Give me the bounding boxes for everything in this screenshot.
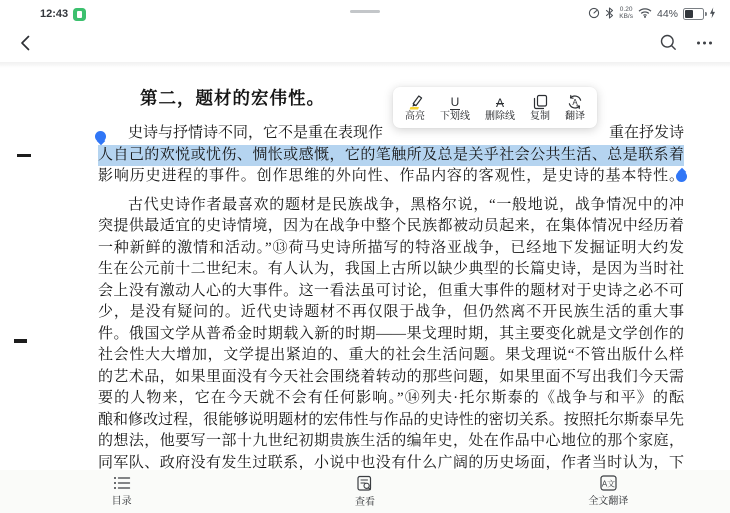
svg-text:A: A [572,98,578,107]
highlight-button[interactable]: 高亮 [402,92,428,124]
toc-button[interactable]: 目录 [0,475,243,507]
search-icon [658,32,679,56]
status-right: 0.20 KB/s 44% [588,7,716,22]
text-line: 社会性大大增加，文学提出紧迫的、重大的社会生活问题。果戈理说“不管出版什么样 [98,345,684,367]
clock: 12:43 [40,8,68,20]
data-saver-icon [588,7,600,22]
highlighted-selection-text[interactable]: 人自己的欢悦或忧伤、惆怅或感慨，它的笔触所及总是关乎社会公共生活、总是联系着 [98,145,684,167]
status-bar: 12:43 0.20 KB/s 44% [0,0,730,26]
floating-app-icon [73,8,86,21]
text-line: 酿和修改过程，很能够说明题材的宏伟性与作品的史诗性的密切关系。按照托尔斯泰早先 [98,410,684,432]
selection-start-handle[interactable] [95,131,106,142]
bottom-toolbar: 目录 查看 A文 全文翻译 [0,470,730,513]
battery-percent: 44% [657,8,678,20]
battery-icon [683,8,704,20]
text-line: 少，是没有疑问的。近代史诗题材不再仅限于战争，但仍然离不开民族生活的重大事 [98,302,684,324]
text-line: 会上没有激动人心的大事件。这一看法虽可讨论，但重大事件的题材对于史诗之必不可 [98,281,684,303]
document-page: 第二，题材的宏伟性。 史诗与抒情诗不同，它不是重在表现作 重在抒发诗 人自己的欢… [0,62,730,470]
back-button[interactable] [12,29,40,60]
view-button[interactable]: 查看 [243,475,486,508]
more-menu-button[interactable] [691,30,718,59]
text-line: 史诗与抒情诗不同，它不是重在表现作 重在抒发诗 [98,123,684,145]
translate-button[interactable]: A 翻译 [562,92,588,124]
app-bar-actions [654,28,718,60]
app-bar [0,26,730,62]
translate-book-icon: A文 [600,475,617,494]
bluetooth-icon [605,7,614,22]
network-speed-indicator: 0.20 KB/s [619,7,633,21]
wifi-icon [638,7,652,21]
copy-button[interactable]: 复制 [527,92,553,124]
text-line: 一种新鲜的激情和活动。”⑬荷马史诗所描写的特洛亚战争，已经地下发掘证明大约发 [98,238,684,260]
status-left: 12:43 [40,8,86,21]
text-line: 古代史诗作者最喜欢的题材是民族战争，黑格尔说，“一般地说，战争情况中的冲 [98,195,684,217]
underline-button[interactable]: U 下划线 [437,92,473,124]
margin-mark [17,154,31,157]
appbar-shadow [0,62,730,68]
full-translate-button[interactable]: A文 全文翻译 [487,475,730,507]
text-selection-toolbar: 高亮 U 下划线 A 删除线 复制 A 翻译 [393,87,597,128]
text-line: 影响历史进程的事件。创作思维的外向性、作品内容的客观性，是史诗的基本特性。 [98,166,684,188]
camera-notch-indicator [350,10,380,13]
text-line: 突提供最适宜的史诗情境，因为在战争中整个民族都被动员起来，在集体情况中经历着 [98,216,684,238]
underline-icon: U [450,94,461,110]
text-line: 件。俄国文学从普希金时期载入新的时期——果戈理时期，其主要变化就是文学创作的 [98,324,684,346]
strikethrough-icon: A [496,94,504,110]
strikethrough-button[interactable]: A 删除线 [482,92,518,124]
text-line: 同军队、政府没有发生过联系，小说中也没有什么广阔的历史场面，作者当时认为，下 [98,453,684,471]
svg-text:A文: A文 [602,479,615,489]
selection-end-handle[interactable] [676,171,687,182]
text-line: 的艺术品，如果里面没有今天社会围绕着转动的那些问题，如果里面不写出我们今天需 [98,367,684,389]
search-button[interactable] [654,28,683,60]
list-icon [113,475,131,494]
highlighter-icon [407,94,424,110]
margin-mark [14,339,27,343]
translate-icon: A [567,94,583,110]
text-line: 的想法，他要写一部十九世纪初期贵族生活的编年史，处在作品中心地位的那个家庭， [98,431,684,453]
text-line: 要的人物来，它在今天就不会有任何影响。”⑭列夫·托尔斯泰的《战争与和平》的酝 [98,388,684,410]
back-chevron-icon [16,33,36,56]
reader-screen: 12:43 0.20 KB/s 44% [0,0,730,513]
copy-icon [533,94,548,110]
ellipsis-icon [695,34,714,55]
text-line: 生在公元前十二世纪末。有人认为，我国上古所以缺少典型的长篇史诗，是因为当时社 [98,259,684,281]
charging-icon [709,7,716,22]
document-search-icon [356,475,373,495]
